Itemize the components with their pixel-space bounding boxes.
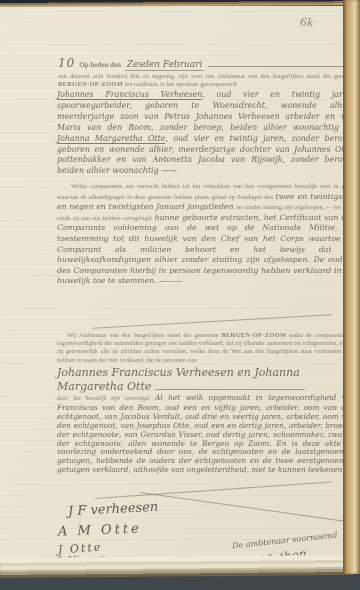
- printed-intro-text-2: ten raadhuize in het openbaar gecomparee…: [123, 81, 238, 88]
- strike-line-2: [140, 492, 345, 522]
- announcement-paragraph: Welke comparanten ons verzocht hebben to…: [57, 182, 345, 287]
- register-page: 6k 10 Op heden den Zesden Februari een d…: [0, 6, 345, 562]
- folio-number: 6k: [299, 15, 314, 29]
- printed-intro-text-1: een duizend acht honderd drie en negenti…: [58, 73, 345, 80]
- act-number: 10: [58, 56, 75, 70]
- blank-fill-line: [208, 57, 345, 67]
- signature-groom: J F verheesen: [68, 500, 159, 520]
- groom-name: Johannes Franciscus Verheesen: [57, 90, 202, 100]
- married-names: Johannes Franciscus Verheesen en Johanna…: [57, 366, 345, 393]
- printed-date-prefix: Op heden den: [79, 61, 121, 69]
- gemeente-name-2: BERGEN-OP-ZOOM: [221, 332, 286, 339]
- act-opening-line: 10 Op heden den Zesden Februari: [58, 56, 345, 71]
- witnesses-text: Al het welk opgemaakt in tegenwoordighei…: [57, 393, 345, 474]
- book-binding-edge: [343, 0, 360, 574]
- signature-bride: A M Otte: [58, 522, 142, 540]
- comparanten-paragraph: Johannes Franciscus Verheesen, oud vier …: [57, 90, 345, 177]
- page-bottom-edges: [0, 555, 352, 578]
- printed-intro: een duizend acht honderd drie en negenti…: [58, 73, 345, 88]
- wedding-date: Zesden Februari: [125, 60, 204, 71]
- married-printed-close: door het huwelijk zijn vereenigd.: [57, 395, 155, 402]
- bride-name: Johanna Margaretha Otte: [57, 134, 165, 144]
- names-fill-line: [155, 381, 305, 390]
- declaration-paragraph: Wij Ambtenaar van den burgerlijken stand…: [57, 332, 345, 365]
- registrar-title: De ambtenaar voornoemd: [232, 531, 338, 551]
- document-scan: 6k 10 Op heden den Zesden Februari een d…: [0, 0, 360, 590]
- strike-line-1: [92, 314, 332, 328]
- gemeente-name: BERGEN-OP-ZOOM: [58, 81, 123, 88]
- documents-list: hunne geboorte extracten, het Certificaa…: [57, 213, 345, 286]
- strike-line-3: [95, 481, 332, 499]
- witnesses-paragraph: door het huwelijk zijn vereenigd. Al het…: [57, 394, 345, 475]
- declaration-text-1: Wij Ambtenaar van den burgerlijken stand…: [67, 332, 221, 339]
